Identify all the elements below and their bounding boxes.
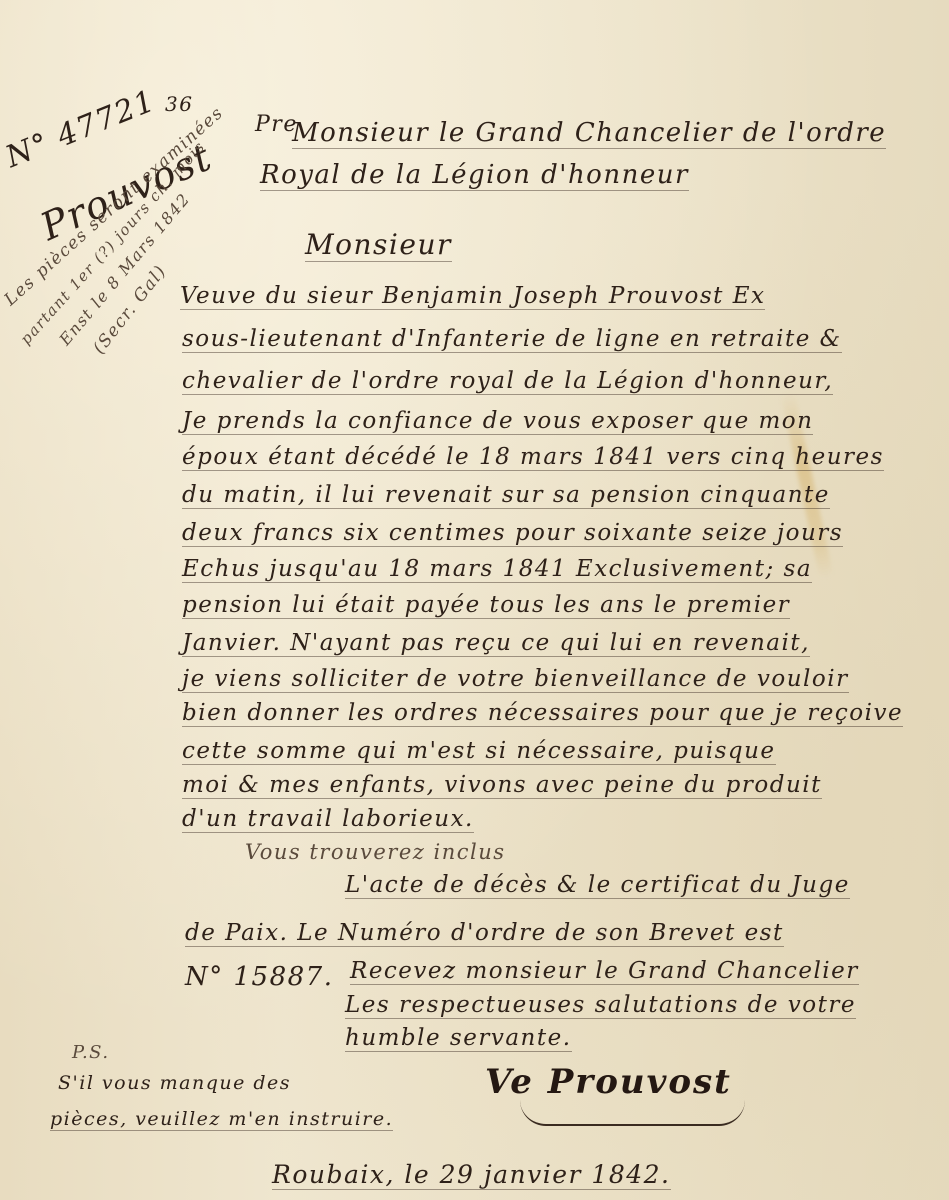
body-line: du matin, il lui revenait sur sa pension…	[182, 482, 830, 509]
brevet-number: N° 15887.	[185, 962, 334, 992]
body-line: Je prends la confiance de vous exposer q…	[182, 408, 813, 435]
body-line: chevalier de l'ordre royal de la Légion …	[182, 368, 833, 395]
body-line: Janvier. N'ayant pas reçu ce qui lui en …	[182, 630, 810, 657]
place-date: Roubaix, le 29 janvier 1842.	[272, 1160, 671, 1190]
body-line: d'un travail laborieux.	[182, 806, 474, 833]
body-line: pension lui était payée tous les ans le …	[182, 592, 790, 619]
postscript-line-1: S'il vous manque des	[58, 1072, 291, 1094]
enclosure-line-2: de Paix. Le Numéro d'ordre de son Brevet…	[185, 920, 784, 947]
closing-line-3: humble servante.	[345, 1025, 572, 1052]
postscript-label: P.S.	[72, 1042, 110, 1063]
enclosure-intro: Vous trouverez inclus	[245, 840, 506, 864]
closing-line-1: Recevez monsieur le Grand Chancelier	[350, 958, 859, 985]
page-number: 36	[165, 92, 193, 116]
salutation: Monsieur	[305, 228, 452, 262]
body-line: je viens solliciter de votre bienveillan…	[182, 666, 849, 693]
body-line: deux francs six centimes pour soixante s…	[182, 520, 843, 547]
address-line-2: Royal de la Légion d'honneur	[260, 160, 689, 191]
signature: Ve Prouvost	[485, 1062, 732, 1102]
address-line-1: Monsieur le Grand Chancelier de l'ordre	[292, 118, 886, 149]
register-number: N° 47721	[1, 83, 161, 175]
postscript-line-2: pièces, veuillez m'en instruire.	[50, 1108, 393, 1131]
body-line: Echus jusqu'au 18 mars 1841 Exclusivemen…	[182, 556, 812, 583]
body-line: moi & mes enfants, vivons avec peine du …	[182, 772, 822, 799]
body-line: sous-lieutenant d'Infanterie de ligne en…	[182, 326, 842, 353]
body-line: Veuve du sieur Benjamin Joseph Prouvost …	[180, 283, 765, 310]
enclosure-line-1: L'acte de décès & le certificat du Juge	[345, 872, 850, 899]
body-line: cette somme qui m'est si nécessaire, pui…	[182, 738, 776, 765]
closing-line-2: Les respectueuses salutations de votre	[345, 992, 856, 1019]
body-line: époux étant décédé le 18 mars 1841 vers …	[182, 444, 884, 471]
signature-flourish	[520, 1100, 745, 1126]
body-line: bien donner les ordres nécessaires pour …	[182, 700, 903, 727]
